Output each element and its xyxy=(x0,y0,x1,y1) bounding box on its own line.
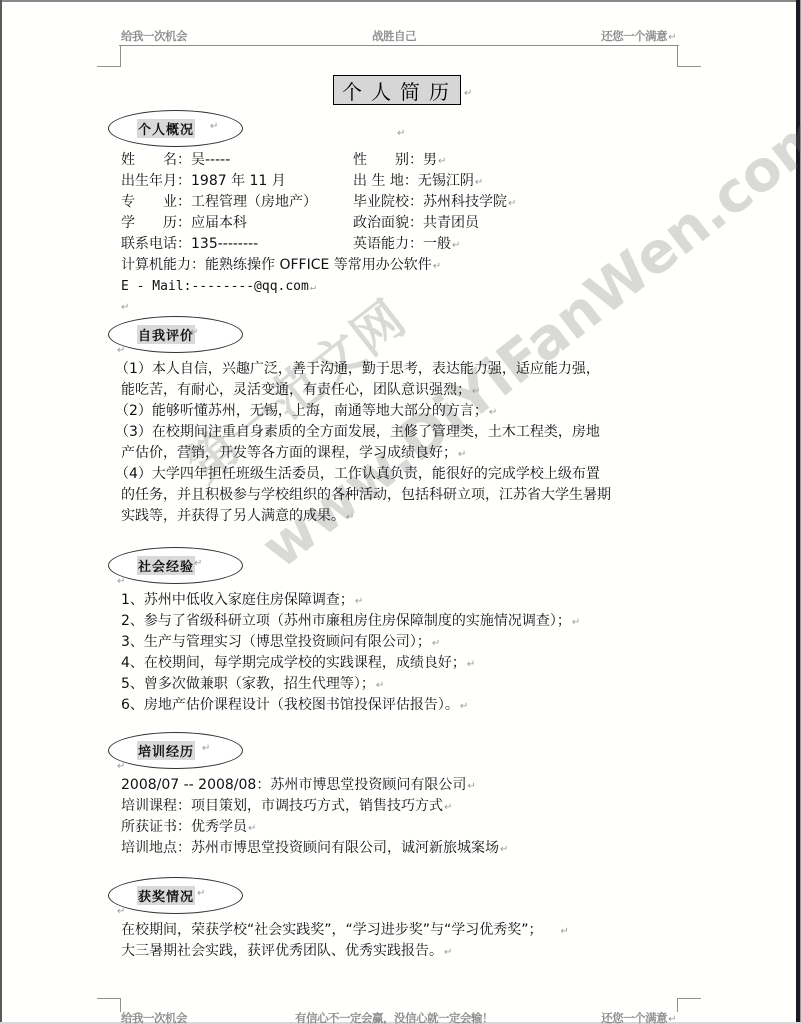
social-item-text: 4、在校期间，每学期完成学校的实践课程，成绩良好； xyxy=(121,655,466,671)
section-heading-self-evaluation: 自我评价 xyxy=(137,325,195,344)
social-item-text: 1、苏州中低收入家庭住房保障调查； xyxy=(121,592,354,608)
paragraph-mark-icon: ↵ xyxy=(248,823,256,834)
self-eval-line: （3）在校期间注重自身素质的全方面发展，主修了管理类，土木工程类，房地 xyxy=(115,422,600,442)
computer-skill-text: 计算机能力：能熟练操作 OFFICE 等常用办公软件 xyxy=(121,257,432,273)
field-value-phone: 135-------- xyxy=(191,236,258,252)
window-top-edge xyxy=(0,0,801,2)
footer-right-text: 还您一个满意 xyxy=(601,1011,667,1024)
overview-row-education: 学 历：应届本科 xyxy=(121,213,247,233)
field-label-education: 学 历： xyxy=(121,215,191,231)
social-experience-item: 3、生产与管理实习（博思堂投资顾问有限公司）；↵ xyxy=(121,632,440,654)
crop-mark-top-right-v xyxy=(677,46,678,66)
training-line: 培训地点：苏州市博思堂投资顾问有限公司，诚河新旅城案场↵ xyxy=(121,838,508,860)
crop-mark-top-left-v xyxy=(120,46,121,66)
training-text: 培训课程：项目策划，市调技巧方式，销售技巧方式 xyxy=(121,798,443,814)
awards-text: 在校期间，荣获学校“社会实践奖”，“学习进步奖”与“学习优秀奖”； xyxy=(121,922,543,938)
paragraph-mark-icon: ↵ xyxy=(376,680,384,691)
social-experience-item: 2、参与了省级科研立项（苏州市廉租房住房保障制度的实施情况调查）；↵ xyxy=(121,611,580,633)
paragraph-mark-icon: ↵ xyxy=(475,177,483,188)
overview-row-name: 姓 名：吴----- xyxy=(121,150,230,170)
self-eval-text: （2）能够听懂苏州，无锡，上海，南通等地大部分的方言； xyxy=(115,403,488,419)
field-value-major: 工程管理（房地产） xyxy=(191,194,317,210)
paragraph-mark-icon: ↵ xyxy=(194,558,202,569)
training-text: 所获证书：优秀学员 xyxy=(121,819,247,835)
footer-center-text: 有信心不一定会赢，没信心就一定会输！ xyxy=(295,1010,493,1024)
overview-email: E - Mail:--------@qq.com↵ xyxy=(121,277,316,298)
section-heading-training: 培训经历 xyxy=(137,741,195,760)
crop-mark-bottom-left-h xyxy=(97,998,121,999)
self-eval-line: 能吃苦，有耐心，灵活变通，有责任心，团队意识强烈；↵ xyxy=(121,380,480,402)
training-text: 2008/07 -- 2008/08：苏州市博思堂投资顾问有限公司 xyxy=(121,777,466,793)
awards-line: 在校期间，荣获学校“社会实践奖”，“学习进步奖”与“学习优秀奖”；↵ xyxy=(121,920,569,942)
paragraph-mark-icon: ↵ xyxy=(197,888,205,899)
field-label-phone: 联系电话： xyxy=(121,236,191,252)
social-experience-item: 1、苏州中低收入家庭住房保障调查；↵ xyxy=(121,590,363,612)
section-heading-awards: 获奖情况 xyxy=(137,886,195,905)
paragraph-mark-icon: ↵ xyxy=(397,128,405,139)
header-left-text: 给我一次机会 xyxy=(121,28,187,44)
paragraph-mark-icon: ↵ xyxy=(668,32,676,43)
crop-mark-bottom-right-v xyxy=(677,998,678,1012)
overview-row-english: 英语能力：一般↵ xyxy=(353,234,460,256)
social-experience-item: 6、房地产估价课程设计（我校图书馆投保评估报告）。↵ xyxy=(121,695,468,717)
paragraph-mark-icon: ↵ xyxy=(190,327,198,338)
field-label-birthplace: 出 生 地： xyxy=(353,173,418,189)
page-header: 给我一次机会 战胜自己 还您一个满意↵ xyxy=(121,28,676,44)
paragraph-mark-icon: ↵ xyxy=(508,198,516,209)
field-value-gender: 男 xyxy=(423,152,437,168)
field-label-political: 政治面貌： xyxy=(353,215,423,231)
document-page-view: 给我一次机会 战胜自己 还您一个满意↵ 个人简历 ↵ 第一范文网 www.DiY… xyxy=(0,0,801,1024)
self-eval-line: 实践等，并获得了另人满意的成果。↵ xyxy=(121,506,354,528)
paragraph-mark-icon: ↵ xyxy=(117,761,125,772)
paragraph-mark-icon: ↵ xyxy=(433,261,441,272)
paragraph-mark-icon: ↵ xyxy=(668,1014,676,1024)
paragraph-mark-icon: ↵ xyxy=(117,576,125,587)
paragraph-mark-icon: ↵ xyxy=(472,386,480,397)
field-value-education: 应届本科 xyxy=(191,215,247,231)
field-value-political: 共青团员 xyxy=(423,215,479,231)
paragraph-mark-icon: ↵ xyxy=(355,596,363,607)
self-eval-line: 产估价，营销，开发等各方面的课程，学习成绩良好；↵ xyxy=(121,443,466,465)
overview-row-birth: 出生年月：1987 年 11 月 xyxy=(121,171,286,191)
awards-line: 大三暑期社会实践，获评优秀团队、优秀实践报告。↵ xyxy=(121,941,452,963)
email-text: E - Mail:--------@qq.com xyxy=(121,279,309,294)
paragraph-mark-icon: ↵ xyxy=(561,926,569,937)
self-eval-text: 实践等，并获得了另人满意的成果。 xyxy=(121,508,345,524)
paragraph-mark-icon: ↵ xyxy=(117,906,125,917)
paragraph-mark-icon: ↵ xyxy=(460,701,468,712)
paragraph-mark-icon: ↵ xyxy=(310,282,316,293)
paragraph-mark-icon: ↵ xyxy=(458,449,466,460)
paragraph-mark-icon: ↵ xyxy=(464,88,472,99)
awards-text: 大三暑期社会实践，获评优秀团队、优秀实践报告。 xyxy=(121,943,443,959)
paragraph-mark-icon: ↵ xyxy=(467,659,475,670)
window-left-edge xyxy=(0,0,2,1024)
self-eval-line: 的任务，并且积极参与学校组织的各种活动，包括科研立项，江苏省大学生暑期 xyxy=(121,485,611,505)
field-label-name: 姓 名： xyxy=(121,152,191,168)
field-label-school: 毕业院校： xyxy=(353,194,423,210)
field-value-name: 吴----- xyxy=(191,152,230,168)
social-item-text: 6、房地产估价课程设计（我校图书馆投保评估报告）。 xyxy=(121,697,459,713)
section-heading-social-experience: 社会经验 xyxy=(137,556,195,575)
paragraph-mark-icon: ↵ xyxy=(432,638,440,649)
self-eval-text: 能吃苦，有耐心，灵活变通，有责任心，团队意识强烈； xyxy=(121,382,471,398)
crop-mark-bottom-right-h xyxy=(677,998,701,999)
resume-title: 个人简历 xyxy=(333,75,461,105)
page-footer: 给我一次机会 有信心不一定会赢，没信心就一定会输！ 还您一个满意↵ xyxy=(121,1010,676,1024)
training-line: 培训课程：项目策划，市调技巧方式，销售技巧方式↵ xyxy=(121,796,452,818)
field-label-english: 英语能力： xyxy=(353,236,423,252)
overview-row-phone: 联系电话：135-------- xyxy=(121,234,258,254)
paragraph-mark-icon: ↵ xyxy=(346,512,354,523)
footer-left-text: 给我一次机会 xyxy=(121,1010,187,1024)
field-value-english: 一般 xyxy=(423,236,451,252)
header-right-text: 还您一个满意 xyxy=(601,29,667,43)
overview-row-major: 专 业：工程管理（房地产） xyxy=(121,192,317,212)
header-center-text: 战胜自己 xyxy=(372,28,416,44)
paragraph-mark-icon: ↵ xyxy=(444,947,452,958)
field-label-major: 专 业： xyxy=(121,194,191,210)
self-eval-line: （1）本人自信，兴趣广泛，善于沟通，勤于思考，表达能力强，适应能力强， xyxy=(115,359,600,379)
self-eval-line: （4）大学四年担任班级生活委员，工作认真负责，能很好的完成学校上级布置 xyxy=(115,464,600,484)
paragraph-mark-icon: ↵ xyxy=(117,345,125,356)
field-value-birthplace: 无锡江阴 xyxy=(418,173,474,189)
social-item-text: 2、参与了省级科研立项（苏州市廉租房住房保障制度的实施情况调查）； xyxy=(121,613,571,629)
social-item-text: 5、曾多次做兼职（家教，招生代理等）； xyxy=(121,676,375,692)
header-divider xyxy=(119,45,679,46)
paragraph-mark-icon: ↵ xyxy=(500,844,508,855)
overview-row-gender: 性 别：男↵ xyxy=(353,150,446,172)
overview-computer-skill: 计算机能力：能熟练操作 OFFICE 等常用办公软件↵ xyxy=(121,255,441,277)
section-heading-overview: 个人概况 xyxy=(137,119,195,138)
vertical-scrollbar[interactable] xyxy=(796,0,801,1024)
header-right-wrap: 还您一个满意↵ xyxy=(601,28,676,44)
crop-mark-top-left-h xyxy=(97,66,121,67)
footer-right-wrap: 还您一个满意↵ xyxy=(601,1010,676,1024)
field-label-birth: 出生年月： xyxy=(121,173,191,189)
paragraph-mark-icon: ↵ xyxy=(452,240,460,251)
social-experience-item: 4、在校期间，每学期完成学校的实践课程，成绩良好；↵ xyxy=(121,653,475,675)
training-line: 所获证书：优秀学员↵ xyxy=(121,817,256,839)
paragraph-mark-icon: ↵ xyxy=(121,302,129,313)
field-value-birth: 1987 年 11 月 xyxy=(191,173,286,189)
paragraph-mark-icon: ↵ xyxy=(572,617,580,628)
overview-row-political: 政治面貌：共青团员 xyxy=(353,213,479,233)
social-experience-item: 5、曾多次做兼职（家教，招生代理等）；↵ xyxy=(121,674,384,696)
training-line: 2008/07 -- 2008/08：苏州市博思堂投资顾问有限公司↵ xyxy=(121,775,476,797)
self-eval-line: （2）能够听懂苏州，无锡，上海，南通等地大部分的方言；↵ xyxy=(115,401,497,423)
paragraph-mark-icon: ↵ xyxy=(438,156,446,167)
paragraph-mark-icon: ↵ xyxy=(467,781,475,792)
overview-row-school: 毕业院校：苏州科技学院↵ xyxy=(353,192,516,214)
paragraph-mark-icon: ↵ xyxy=(489,407,497,418)
overview-row-birthplace: 出 生 地：无锡江阴↵ xyxy=(353,171,483,193)
field-value-school: 苏州科技学院 xyxy=(423,194,507,210)
crop-mark-top-right-h xyxy=(677,66,701,67)
paragraph-mark-icon: ↵ xyxy=(444,802,452,813)
self-eval-text: 产估价，营销，开发等各方面的课程，学习成绩良好； xyxy=(121,445,457,461)
field-label-gender: 性 别： xyxy=(353,152,423,168)
training-text: 培训地点：苏州市博思堂投资顾问有限公司，诚河新旅城案场 xyxy=(121,840,499,856)
paragraph-mark-icon: ↵ xyxy=(202,743,210,754)
paragraph-mark-icon: ↵ xyxy=(210,121,218,132)
social-item-text: 3、生产与管理实习（博思堂投资顾问有限公司）； xyxy=(121,634,431,650)
